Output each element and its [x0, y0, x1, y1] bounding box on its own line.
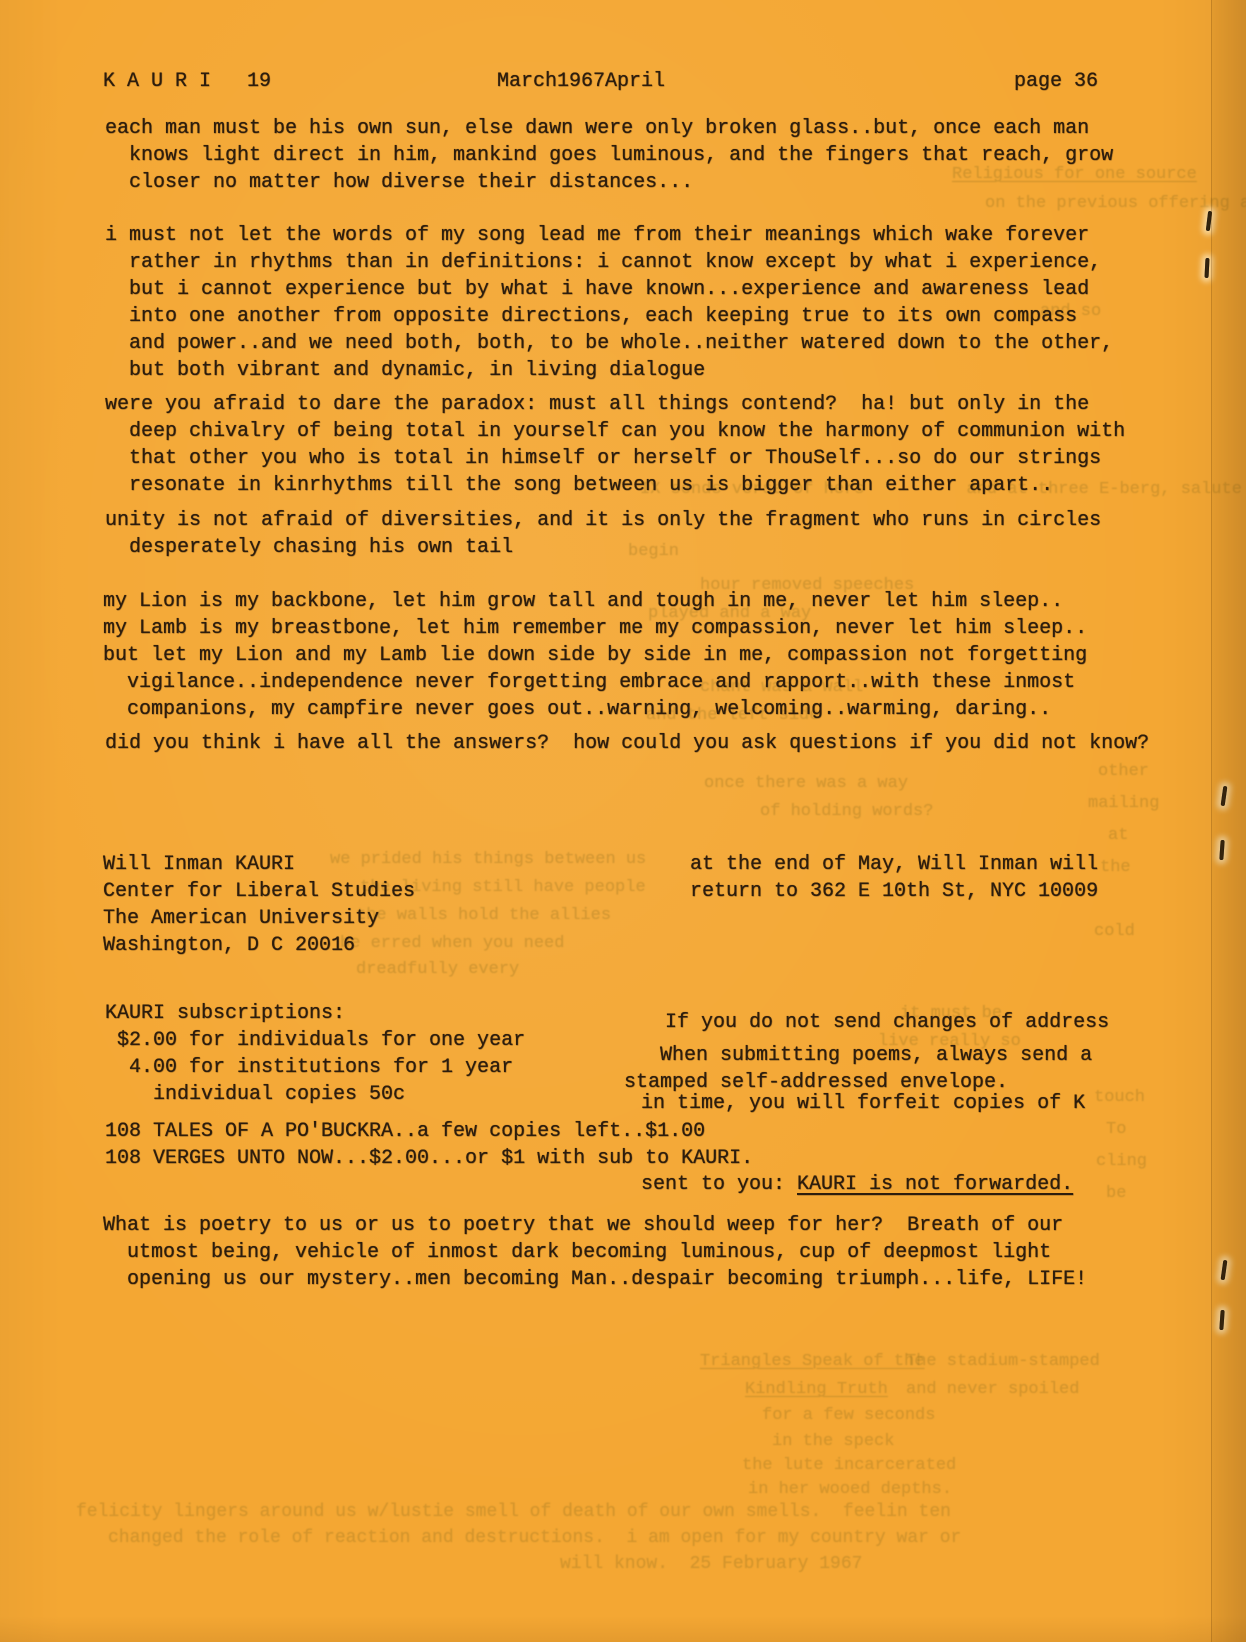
closing-paragraph: What is poetry to us or us to poetry tha… — [103, 1212, 1087, 1293]
ghost-line: mailing — [1088, 792, 1159, 816]
submission-note: When submitting poems, always send a sta… — [624, 1042, 1092, 1096]
return-address-note: at the end of May, Will Inman will retur… — [690, 851, 1098, 905]
ghost-line: Kindling Truth — [745, 1378, 888, 1402]
header-date: March1967April — [497, 68, 665, 95]
ghost-line: changed the role of reaction and destruc… — [108, 1526, 961, 1550]
address-change-line-1: If you do not send changes of address — [641, 1009, 1109, 1036]
ghost-line: the lute incarcerated — [742, 1454, 956, 1478]
paragraph-words-of-my-song: i must not let the words of my song lead… — [105, 222, 1113, 384]
paragraph-dare-the-paradox: were you afraid to dare the paradox: mus… — [105, 391, 1125, 499]
address-change-notice: If you do not send changes of address in… — [641, 955, 1109, 1252]
ghost-line: The stadium-stamped — [906, 1350, 1100, 1374]
ghost-line: will know. 25 February 1967 — [560, 1552, 862, 1576]
paragraph-all-the-answers: did you think i have all the answers? ho… — [105, 730, 1149, 757]
ghost-line: and never spoiled — [906, 1378, 1079, 1402]
ghost-line: at — [1108, 824, 1128, 848]
ghost-line: dreadfully every — [356, 958, 519, 982]
paragraph-each-man-sun: each man must be his own sun, else dawn … — [105, 115, 1113, 196]
address-change-line-3-plain: sent to you: — [641, 1173, 797, 1196]
ghost-line: in her wooed depths. — [748, 1478, 952, 1502]
paragraph-lion-and-lamb: my Lion is my backbone, let him grow tal… — [103, 588, 1087, 723]
editor-address-block: Will Inman KAURI Center for Liberal Stud… — [103, 851, 415, 959]
paragraph-unity-diversities: unity is not afraid of diversities, and … — [105, 507, 1101, 561]
ghost-line: the — [1100, 856, 1131, 880]
ghost-line: other — [1098, 760, 1149, 784]
not-forwarded-underlined-phrase: KAURI is not forwarded. — [797, 1173, 1073, 1196]
ghost-line: once there was a way — [704, 772, 908, 796]
page-edge-shadow-bottom — [0, 1616, 1246, 1642]
ghost-line: in the speck — [772, 1430, 894, 1454]
ghost-line: felicity lingers around us w/lustie smel… — [76, 1500, 951, 1524]
scanned-zine-page: Religious for one sourceon the previous … — [0, 0, 1246, 1642]
header-page-number: page 36 — [1014, 68, 1098, 95]
ghost-line: cold — [1094, 920, 1135, 944]
address-change-line-3: sent to you: KAURI is not forwarded. — [641, 1171, 1109, 1198]
subscription-rates: KAURI subscriptions: $2.00 for individua… — [105, 1000, 525, 1108]
page-edge-shadow-right — [1211, 0, 1246, 1642]
back-issues-list: 108 TALES OF A PO'BUCKRA..a few copies l… — [105, 1118, 753, 1172]
header-issue: K A U R I 19 — [103, 68, 271, 95]
staple-mark — [1204, 258, 1209, 278]
ghost-line: of holding words? — [760, 800, 933, 824]
ghost-line: for a few seconds — [762, 1404, 935, 1428]
ghost-line: Triangles Speak of the — [700, 1350, 924, 1374]
